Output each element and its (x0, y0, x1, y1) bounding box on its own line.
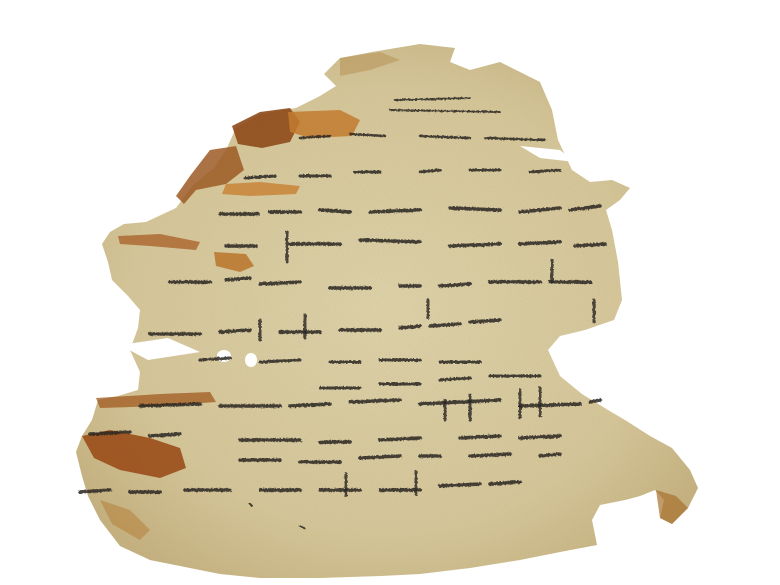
hole (245, 353, 257, 367)
parchment-body (76, 44, 698, 578)
photo-stage (0, 0, 780, 585)
manuscript-fragment (0, 0, 780, 585)
